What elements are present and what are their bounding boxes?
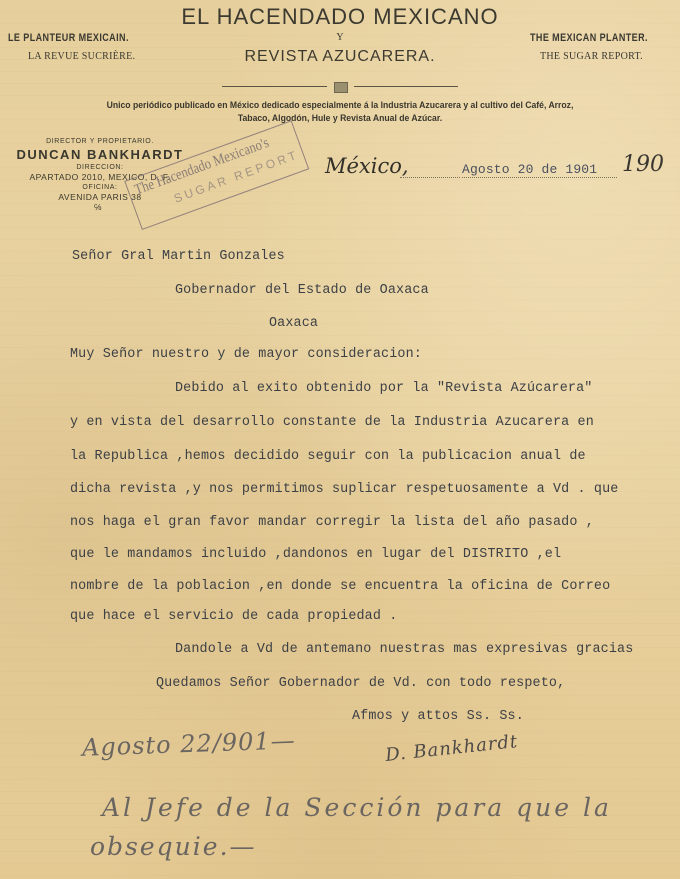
left-subtitle: LA REVUE SUCRIÈRE. [28,51,135,62]
dateline-typed-date: Agosto 20 de 1901 [462,162,597,177]
body-line-1: Debido al exito obtenido por la "Revista… [175,381,592,396]
right-title: THE MEXICAN PLANTER. [530,32,648,44]
left-title: LE PLANTEUR MEXICAIN. [8,32,129,44]
dateline-dots [400,176,460,178]
body-line-3: la Republica ,hemos decidido seguir con … [70,449,586,464]
handwritten-note-line-2: obsequie.— [90,832,257,861]
ornament-icon [334,82,348,93]
recipient-city: Oaxaca [269,316,318,331]
masthead-title: EL HACENDADO MEXICANO [0,4,680,30]
handwritten-note-line-1: Al Jefe de la Sección para que la [102,793,612,822]
body-line-7: nombre de la poblacion ,en donde se encu… [70,579,610,594]
body-line-6: que le mandamos incluido ,dandonos en lu… [70,547,561,562]
recipient-name: Señor Gral Martin Gonzales [72,249,285,264]
thanks-line: Dandole a Vd de antemano nuestras mas ex… [175,642,633,657]
closing-line: Quedamos Señor Gobernador de Vd. con tod… [156,676,565,691]
salutation: Muy Señor nuestro y de mayor consideraci… [70,347,422,362]
tagline-line-1: Unico periódico publicado en México dedi… [20,100,659,110]
body-line-8: que hace el servicio de cada propiedad . [70,609,397,624]
ornament-divider [222,82,458,90]
body-line-2: y en vista del desarrollo constante de l… [70,415,594,430]
right-subtitle: THE SUGAR REPORT. [540,51,643,62]
director-role: DIRECTOR Y PROPIETARIO. [0,138,200,145]
director-name: DUNCAN BANKHARDT [0,147,200,162]
tagline-line-2: Tabaco, Algodón, Hule y Revista Anual de… [20,113,659,123]
recipient-title: Gobernador del Estado de Oaxaca [175,283,429,298]
body-line-5: nos haga el gran favor mandar corregir l… [70,515,594,530]
dateline-printed-year: 190 [622,152,664,177]
dateline-place: México, [325,154,409,178]
valediction: Afmos y attos Ss. Ss. [352,709,524,724]
body-line-4: dicha revista ,y nos permitimos suplicar… [70,482,618,497]
